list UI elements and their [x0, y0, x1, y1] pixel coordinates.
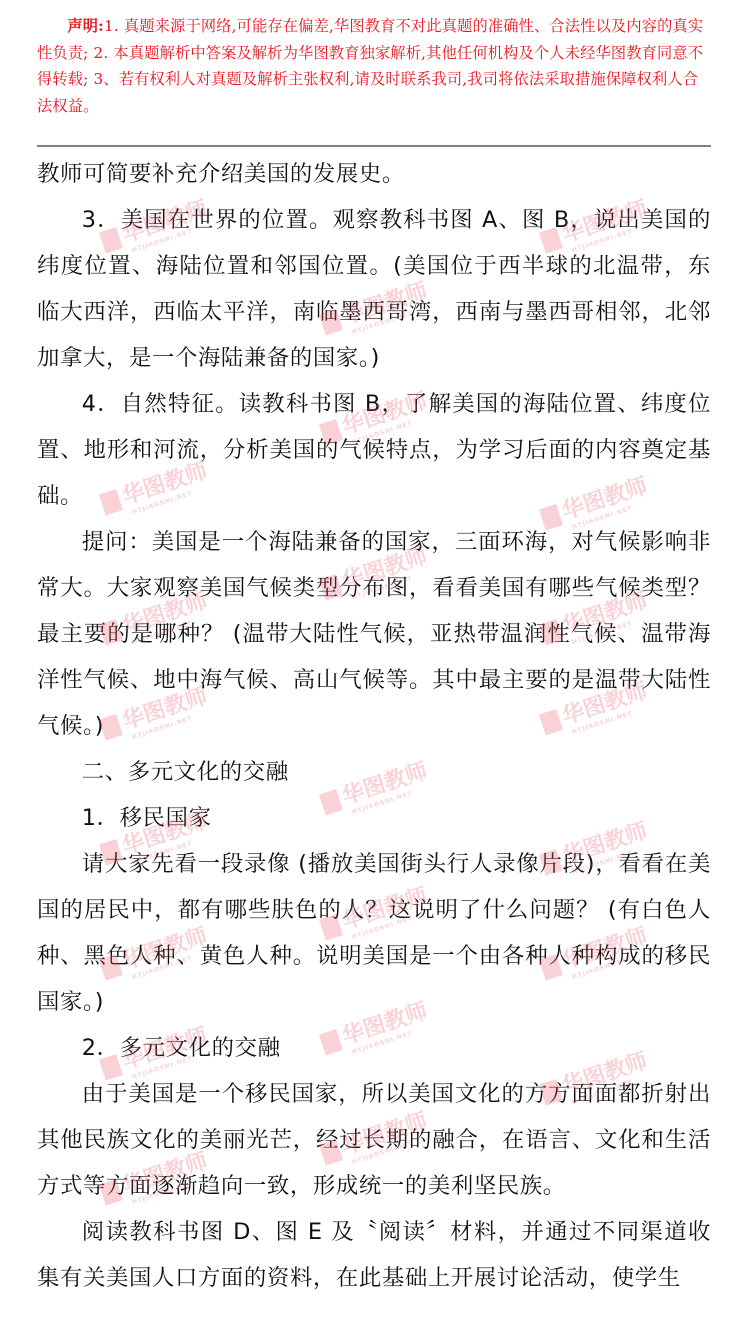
- header-divider: [37, 145, 711, 147]
- paragraph: 提问：美国是一个海陆兼备的国家，三面环海，对气候影响非常大。大家观察美国气候类型…: [37, 519, 711, 749]
- paragraph: 教师可简要补充介绍美国的发展史。: [37, 151, 711, 197]
- disclaimer-text: 1. 真题来源于网络,可能存在偏差,华图教育不对此真题的准确性、合法性以及内容的…: [37, 17, 703, 115]
- paragraph: 3．美国在世界的位置。观察教科书图 A、图 B，说出美国的纬度位置、海陆位置和邻…: [37, 197, 711, 381]
- paragraph: 4．自然特征。读教科书图 B，了解美国的海陆位置、纬度位置、地形和河流，分析美国…: [37, 381, 711, 519]
- disclaimer-label: 声明:: [67, 17, 104, 35]
- section-heading: 二、多元文化的交融: [37, 749, 711, 795]
- subsection-heading: 2．多元文化的交融: [37, 1025, 711, 1071]
- paragraph: 由于美国是一个移民国家，所以美国文化的方方面面都折射出其他民族文化的美丽光芒，经…: [37, 1071, 711, 1209]
- paragraph: 阅读教科书图 D、图 E 及〝阅读〞材料，并通过不同渠道收集有关美国人口方面的资…: [37, 1209, 711, 1301]
- paragraph: 请大家先看一段录像 (播放美国街头行人录像片段)，看看在美国的居民中，都有哪些肤…: [37, 841, 711, 1025]
- document-body: 教师可简要补充介绍美国的发展史。 3．美国在世界的位置。观察教科书图 A、图 B…: [37, 151, 711, 1301]
- disclaimer-notice: 声明:1. 真题来源于网络,可能存在偏差,华图教育不对此真题的准确性、合法性以及…: [37, 13, 711, 119]
- subsection-heading: 1．移民国家: [37, 795, 711, 841]
